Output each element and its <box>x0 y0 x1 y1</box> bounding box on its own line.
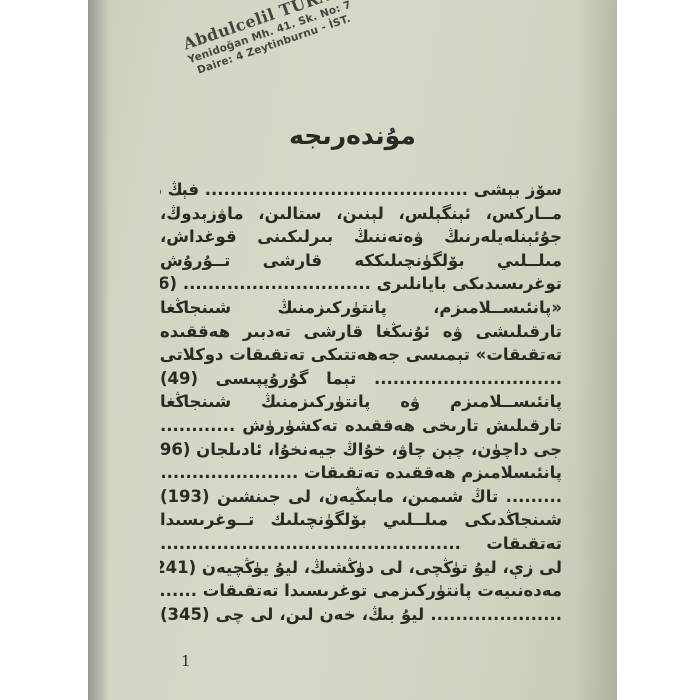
toc-line-13: پانئىسلامىزم ھەققىدە تەتقىقات ..........… <box>160 461 562 485</box>
toc-line-18: مەدەنىيەت پانتۈركىزمى توغرىسىدا تەتقىقات… <box>160 579 562 603</box>
toc-line-7: تارقىلىشى ۋە ئۇنىڭغا قارشى تەدبىر ھەققىد… <box>160 320 562 344</box>
toc-line-17: لى زې، ليۇ تۈڭچى، لى دۈڭشىڭ، ليۇ يۈڭچيەن… <box>160 556 562 580</box>
book-page: Abdulcelil TURAN Yenidoğan Mh. 41. Sk. N… <box>88 0 617 700</box>
contents-title: مۇندەرىجە <box>88 121 617 150</box>
toc-line-2: مــاركس، ئېنگېلس، لېنىن، ستالىن، ماۋزېدو… <box>160 202 562 226</box>
toc-line-6: «پانئىســلامىزم، پانتۈركىزمنىڭ شىنجاڭغا <box>160 296 562 320</box>
toc-line-9: .............................. تېما گۇرۇ… <box>160 367 562 391</box>
page-number: 1 <box>181 652 191 670</box>
toc-line-19: ..................... ليۇ بىڭ، خەن لىن، … <box>160 603 562 627</box>
scanned-image: Abdulcelil TURAN Yenidoğan Mh. 41. Sk. N… <box>0 0 700 700</box>
table-of-contents: سۆز بېشى ...............................… <box>160 178 562 626</box>
toc-line-14: ......... تاڭ شىمىن، مابىڭيەن، لى جىنشىن… <box>160 485 562 509</box>
toc-line-5: توغرىسىدىكى بايانلىرى ..................… <box>160 272 562 296</box>
toc-line-8: تەتقىقات» تېمىسى جەھەتتىكى تەتقىقات دوكل… <box>160 343 562 367</box>
page-edge-shadow-left <box>88 0 110 700</box>
toc-line-12: جى داچۈن، چېن چاۋ، خۇاڭ جيەنخۇا، ئادىلجا… <box>160 438 562 462</box>
toc-line-4: مىلــلىي بۆلگۈنچىلىككە قارشى تــۇرۇش <box>160 249 562 273</box>
toc-line-11: تارقىلىش تارىخى ھەققىدە تەكشۈرۈش .......… <box>160 414 562 438</box>
toc-line-1: سۆز بېشى ...............................… <box>160 178 562 202</box>
toc-line-16: تەتقىقات ...............................… <box>160 532 562 556</box>
toc-line-15: شىنجاڭدىكى مىلــلىي بۆلگۈنچىلىك تــوغرىس… <box>160 508 562 532</box>
toc-line-3: جۇئېنلەيلەرنىڭ ۋەتەننىڭ بىرلىكىنى قوغداش… <box>160 225 562 249</box>
page-edge-shadow-right <box>575 0 617 700</box>
toc-line-10: پانئىســلامىزم ۋە پانتۈركىزمنىڭ شىنجاڭغا <box>160 390 562 414</box>
ownership-stamp: Abdulcelil TURAN Yenidoğan Mh. 41. Sk. N… <box>152 0 385 89</box>
